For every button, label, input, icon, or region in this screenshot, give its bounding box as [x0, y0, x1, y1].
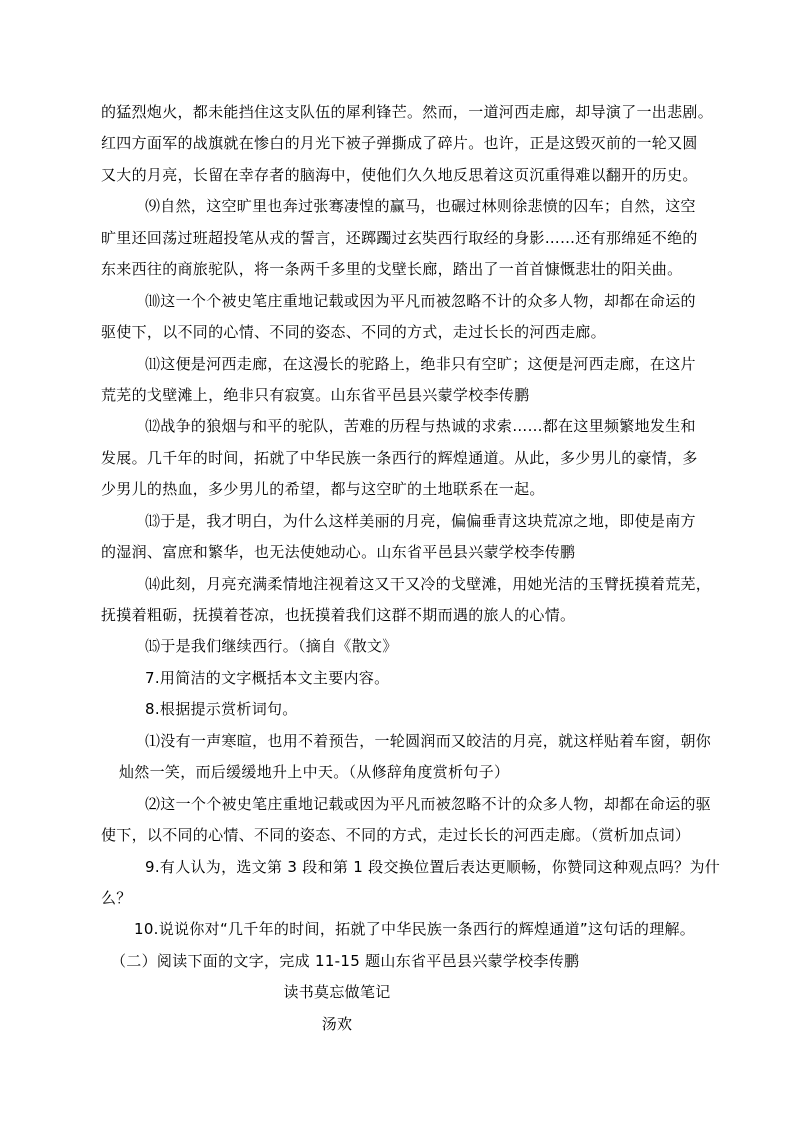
- sub-question-2: ⑵这一个个被史笔庄重地记载或因为平凡而被忽略不计的众多人物，却都在命运的驱: [101, 789, 701, 820]
- passage-para-14: ⒁此刻，月亮充满柔情地注视着这又干又冷的戈壁滩，用她光洁的玉臂抚摸着荒芜，: [101, 569, 701, 600]
- passage-line: 的湿润、富庶和繁华，也无法使她动心。山东省平邑县兴蒙学校李传鹏: [101, 537, 701, 568]
- passage-line: 少男儿的热血，多少男儿的希望，都与这空旷的土地联系在一起。: [101, 474, 701, 505]
- passage-para-10: ⑽这一个个被史笔庄重地记载或因为平凡而被忽略不计的众多人物，却都在命运的: [101, 286, 701, 317]
- question-7: 7.用简洁的文字概括本文主要内容。: [101, 663, 701, 694]
- section-2-header: （二）阅读下面的文字，完成 11-15 题山东省平邑县兴蒙学校李传鹏: [101, 946, 701, 977]
- passage-line: 旷里还回荡过班超投笔从戎的誓言，还踯躅过玄奘西行取经的身影……还有那绵延不绝的: [101, 223, 701, 254]
- passage-line: 的猛烈炮火，都未能挡住这支队伍的犀利锋芒。然而，一道河西走廊，却导演了一出悲剧。: [101, 97, 701, 128]
- question-9-cont: 么？: [101, 883, 701, 914]
- passage-line: 驱使下，以不同的心情、不同的姿态、不同的方式，走过长长的河西走廊。: [101, 317, 701, 348]
- passage-para-12: ⑿战争的狼烟与和平的驼队，苦难的历程与热诚的求索……都在这里频繁地发生和: [101, 411, 701, 442]
- sub-question-1: ⑴没有一声寒暄，也用不着预告，一轮圆润而又皎洁的月亮，就这样贴着车窗，朝你: [101, 726, 701, 757]
- essay-author: 汤欢: [101, 1009, 573, 1040]
- passage-para-13: ⒀于是，我才明白，为什么这样美丽的月亮，偏偏垂青这块荒凉之地，即使是南方: [101, 506, 701, 537]
- passage-line: 东来西往的商旅驼队，将一条两千多里的戈壁长廊，踏出了一首首慷慨悲壮的阳关曲。: [101, 254, 701, 285]
- passage-para-9: ⑼自然，这空旷里也奔过张骞凄惶的赢马，也碾过林则徐悲愤的囚车；自然，这空: [101, 191, 701, 222]
- question-9: 9.有人认为，选文第 3 段和第 1 段交换位置后表达更顺畅，你赞同这种观点吗？…: [101, 852, 701, 883]
- passage-line: 红四方面军的战旗就在惨白的月光下被子弹撕成了碎片。也许，正是这毁灭前的一轮又圆: [101, 128, 701, 159]
- passage-para-15: ⒂于是我们继续西行。（摘自《散文》: [101, 631, 701, 662]
- sub-question-2-cont: 使下，以不同的心情、不同的姿态、不同的方式，走过长长的河西走廊。（赏析加点词）: [101, 820, 701, 851]
- passage-line: 又大的月亮，长留在幸存者的脑海中，使他们久久地反思着这页沉重得难以翻开的历史。: [101, 160, 701, 191]
- passage-para-11: ⑾这便是河西走廊，在这漫长的驼路上，绝非只有空旷；这便是河西走廊，在这片: [101, 349, 701, 380]
- question-10: 10.说说你对“几千年的时间，拓就了中华民族一条西行的辉煌通道”这句话的理解。: [101, 914, 701, 945]
- document-body: 的猛烈炮火，都未能挡住这支队伍的犀利锋芒。然而，一道河西走廊，却导演了一出悲剧。…: [101, 97, 701, 1040]
- sub-question-1-cont: 灿然一笑，而后缓缓地升上中天。（从修辞角度赏析句子）: [101, 757, 701, 788]
- passage-line: 荒芜的戈壁滩上，绝非只有寂寞。山东省平邑县兴蒙学校李传鹏: [101, 380, 701, 411]
- question-8: 8.根据提示赏析词句。: [101, 694, 701, 725]
- essay-title: 读书莫忘做笔记: [101, 977, 573, 1008]
- passage-line: 发展。几千年的时间，拓就了中华民族一条西行的辉煌通道。从此，多少男儿的豪情，多: [101, 443, 701, 474]
- passage-line: 抚摸着粗砺，抚摸着苍凉，也抚摸着我们这群不期而遇的旅人的心情。: [101, 600, 701, 631]
- document-page: 的猛烈炮火，都未能挡住这支队伍的犀利锋芒。然而，一道河西走廊，却导演了一出悲剧。…: [0, 0, 794, 1123]
